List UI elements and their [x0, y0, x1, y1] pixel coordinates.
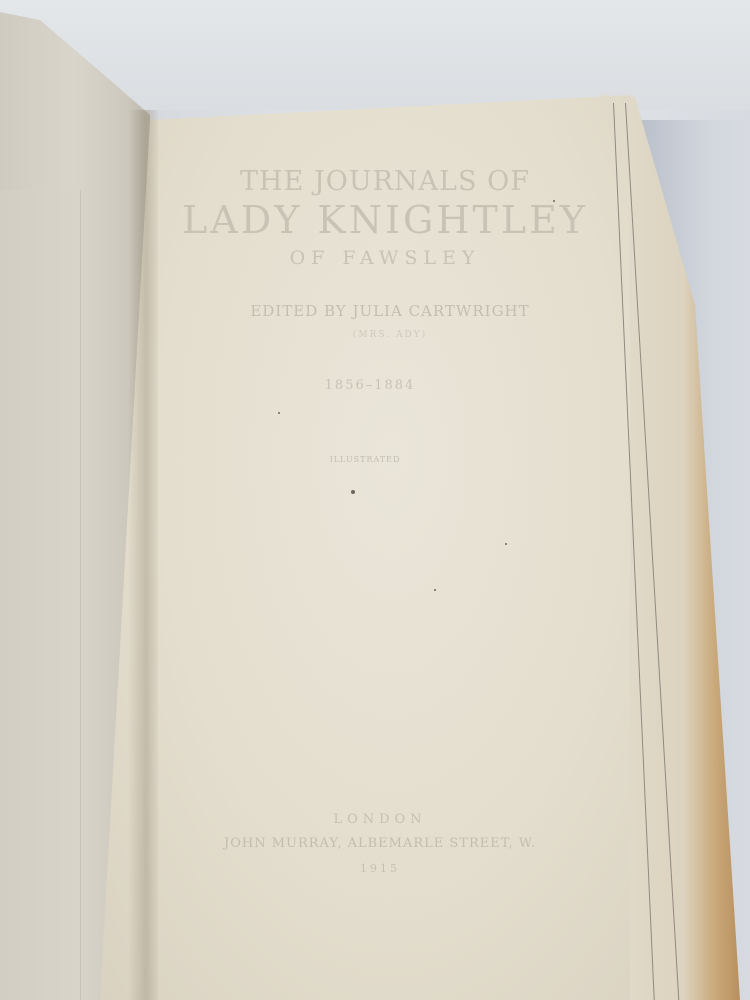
paper-speck — [278, 412, 280, 414]
paper-speck — [434, 589, 436, 591]
title-line-2: LADY KNIGHTLEY — [150, 201, 620, 239]
title-line-1: THE JOURNALS OF — [150, 168, 620, 195]
imprint-year: 1915 — [330, 862, 430, 875]
editor-credit: EDITED BY JULIA CARTWRIGHT — [250, 302, 530, 320]
paper-speck — [553, 200, 555, 202]
imprint-publisher: JOHN MURRAY, ALBEMARLE STREET, W. — [180, 836, 580, 851]
left-page-inner-leaf — [0, 190, 81, 1000]
book-title: THE JOURNALS OF LADY KNIGHTLEY OF FAWSLE… — [150, 160, 620, 268]
paper-speck — [351, 490, 355, 494]
date-range: 1856–1884 — [310, 378, 430, 393]
illustrated-note: ILLUSTRATED — [315, 455, 415, 464]
title-line-3: OF FAWSLEY — [150, 249, 620, 268]
editor-subtitle: (MRS. ADY) — [330, 330, 450, 340]
paper-speck — [505, 543, 507, 545]
imprint-city: LONDON — [250, 812, 510, 827]
